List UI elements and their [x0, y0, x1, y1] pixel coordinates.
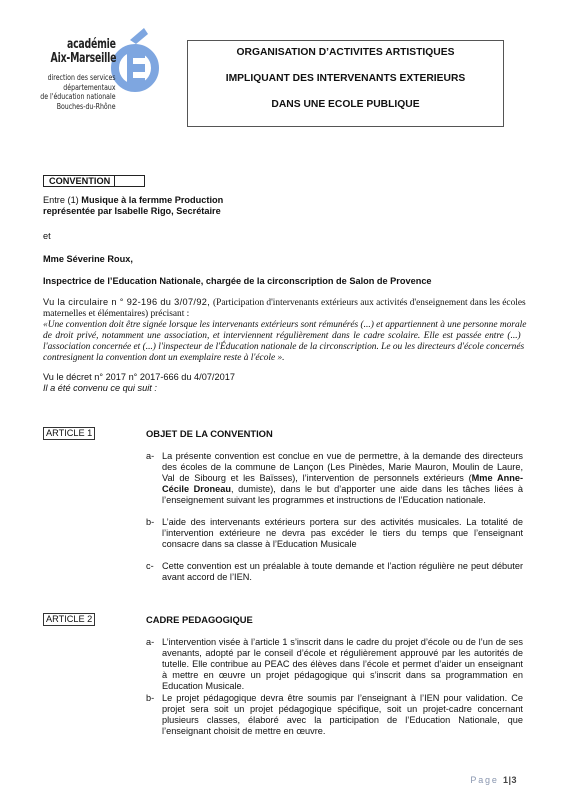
- academie-logo: académie Aix-Marseille direction des ser…: [38, 18, 158, 118]
- convenu-text: Il a été convenu ce qui suit :: [43, 383, 523, 394]
- logo-direction-line: de l'éducation nationale: [41, 92, 116, 102]
- title-line-2: IMPLIQUANT DES INTERVENANTS EXTERIEURS: [188, 73, 503, 84]
- party-1-representative: représentée par Isabelle Rigo, Secrétair…: [43, 206, 221, 216]
- page-number: Page 1|3: [470, 775, 517, 786]
- party-2-name: Mme Séverine Roux,: [43, 254, 523, 265]
- item-text-part: La présente convention est conclue en vu…: [162, 451, 523, 483]
- title-line-3: DANS UNE ECOLE PUBLIQUE: [188, 99, 503, 110]
- article-1-label: ARTICLE 1: [43, 427, 95, 440]
- document-title-box: ORGANISATION D’ACTIVITES ARTISTIQUES IMP…: [187, 40, 504, 127]
- item-letter: b-: [146, 693, 154, 704]
- circulaire-prefix: Vu la circulaire n ° 92-196 du 3/07/92,: [43, 297, 213, 307]
- logo-direction: direction des services départementaux de…: [41, 73, 116, 111]
- title-line-1: ORGANISATION D’ACTIVITES ARTISTIQUES: [188, 47, 503, 58]
- page-total: 3: [511, 775, 517, 785]
- item-text: Cette convention est un préalable à tout…: [162, 561, 523, 583]
- academie-e-icon: [110, 26, 160, 96]
- logo-region: Aix-Marseille: [50, 52, 116, 65]
- article-2-item-a: a- L’intervention visée à l’article 1 s’…: [146, 637, 523, 692]
- item-letter: b-: [146, 517, 154, 528]
- article-1-title: OBJET DE LA CONVENTION: [146, 428, 273, 439]
- article-2-label: ARTICLE 2: [43, 613, 95, 626]
- logo-direction-line: Bouches-du-Rhône: [41, 102, 116, 112]
- circulaire-detail-continued: maternelles et élémentaires) précisant :: [43, 309, 523, 320]
- logo-academie-name: académie: [67, 38, 116, 51]
- article-1-item-a: a- La présente convention est conclue en…: [146, 451, 523, 506]
- circulaire-quote-line: «Une convention doit être signée lorsque…: [43, 320, 523, 331]
- item-text: La présente convention est conclue en vu…: [162, 451, 523, 506]
- entre-prefix: Entre (1): [43, 195, 81, 205]
- convention-box-border: [144, 175, 145, 187]
- et-text: et: [43, 231, 523, 242]
- item-text: L’aide des intervenants extérieurs porte…: [162, 517, 523, 550]
- article-2-item-b: b- Le projet pédagogique devra être soum…: [146, 693, 523, 737]
- item-text: Le projet pédagogique devra être soumis …: [162, 693, 523, 737]
- decret-text: Vu le décret n° 2017 n° 2017-666 du 4/07…: [43, 372, 523, 383]
- circulaire-quote-line: l'association concernée et (...) l'inspe…: [43, 342, 523, 353]
- article-1-item-c: c- Cette convention est un préalable à t…: [146, 561, 523, 583]
- item-text: L’intervention visée à l’article 1 s’ins…: [162, 637, 523, 692]
- item-letter: a-: [146, 637, 154, 648]
- article-2-title: CADRE PEDAGOGIQUE: [146, 614, 253, 625]
- circulaire-quote-line: de droit privé, notamment une associatio…: [43, 331, 523, 342]
- circulaire-quote-line: contresignent la convention dont un exem…: [43, 353, 523, 364]
- convention-label: CONVENTION: [43, 175, 115, 187]
- party-2-title: Inspectrice de l’Education Nationale, ch…: [43, 276, 523, 287]
- party-1: Entre (1) Musique à la fermme Production…: [43, 195, 523, 217]
- logo-direction-line: départementaux: [41, 83, 116, 93]
- circulaire-detail: (Participation d'intervenants extérieurs…: [213, 298, 526, 308]
- article-1-item-b: b- L’aide des intervenants extérieurs po…: [146, 517, 523, 550]
- convention-box-border: [115, 175, 145, 176]
- party-1-name: Musique à la fermme Production: [81, 195, 223, 205]
- item-letter: c-: [146, 561, 154, 572]
- convention-box-border: [115, 186, 145, 187]
- logo-direction-line: direction des services: [41, 73, 116, 83]
- page-label: Page: [470, 775, 503, 785]
- item-letter: a-: [146, 451, 154, 462]
- circulaire-paragraph: Vu la circulaire n ° 92-196 du 3/07/92, …: [43, 297, 523, 364]
